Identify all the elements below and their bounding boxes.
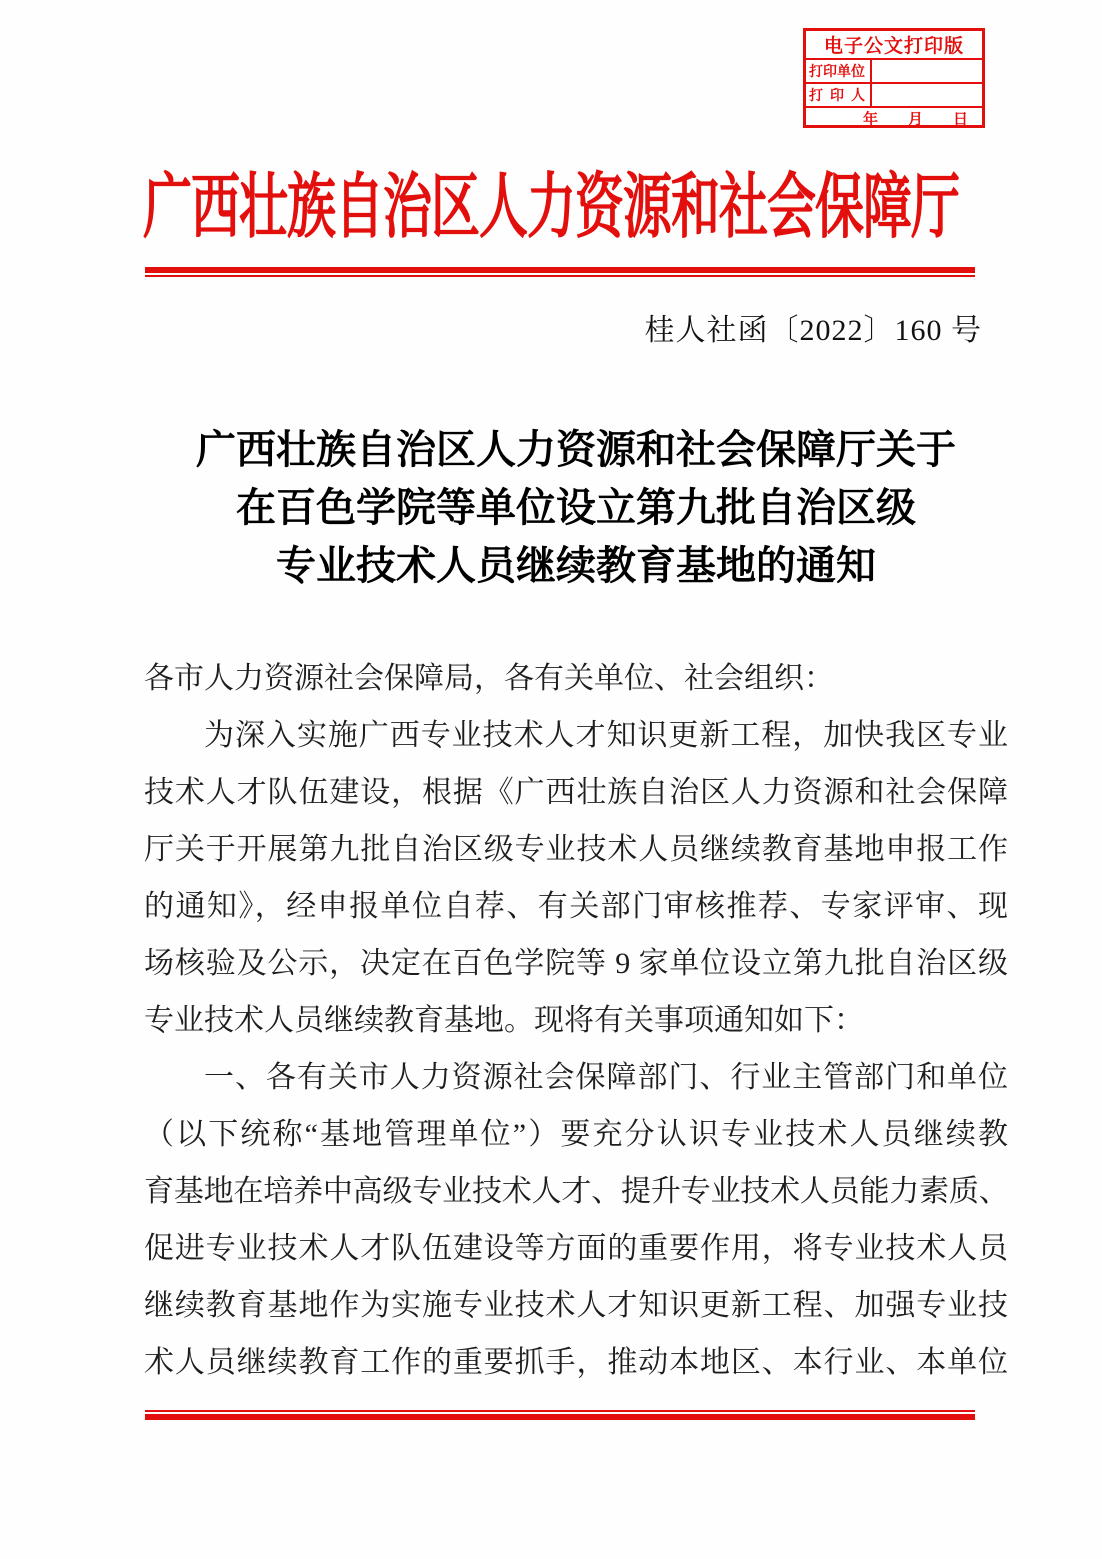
body-line: 一、各有关市人力资源社会保障部门、行业主管部门和单位	[144, 1049, 1008, 1106]
body-line: 促进专业技术人才队伍建设等方面的重要作用，将专业技术人员	[144, 1220, 1008, 1277]
body-line: 的通知》，经申报单位自荐、有关部门审核推荐、专家评审、现	[144, 878, 1008, 935]
document-body: 各市人力资源社会保障局，各有关单位、社会组织： 为深入实施广西专业技术人才知识更…	[144, 650, 1008, 1391]
body-line: （以下统称“基地管理单位”）要充分认识专业技术人员继续教	[144, 1106, 1008, 1163]
print-version-box: 电子公文打印版 打印单位 打印人 年 月 日	[803, 28, 985, 128]
body-line: 专业技术人员继续教育基地。现将有关事项通知如下：	[144, 992, 1008, 1049]
print-person-value	[872, 84, 982, 106]
print-box-title: 电子公文打印版	[806, 31, 982, 60]
footer-divider-line	[145, 1410, 975, 1420]
body-line: 场核验及公示，决定在百色学院等 9 家单位设立第九批自治区级	[144, 935, 1008, 992]
print-date-row: 年 月 日	[806, 108, 982, 129]
divider-thick-stroke	[145, 1414, 975, 1420]
body-line: 为深入实施广西专业技术人才知识更新工程，加快我区专业	[144, 707, 1008, 764]
header-divider-line	[145, 267, 975, 277]
body-line: 继续教育基地作为实施专业技术人才知识更新工程、加强专业技	[144, 1277, 1008, 1334]
print-unit-value	[872, 60, 982, 82]
document-page: 电子公文打印版 打印单位 打印人 年 月 日 广西壮族自治区人力资源和社会保障厅…	[0, 0, 1102, 1559]
body-line: 技术人才队伍建设，根据《广西壮族自治区人力资源和社会保障	[144, 764, 1008, 821]
month-label: 月	[908, 108, 923, 129]
print-person-row: 打印人	[806, 84, 982, 108]
day-label: 日	[953, 108, 968, 129]
print-person-label: 打印人	[806, 84, 872, 106]
document-title-line: 广西壮族自治区人力资源和社会保障厅关于	[144, 421, 1008, 479]
agency-name: 广西壮族自治区人力资源和社会保障厅	[0, 151, 1102, 253]
document-title: 广西壮族自治区人力资源和社会保障厅关于 在百色学院等单位设立第九批自治区级 专业…	[144, 421, 1008, 595]
document-title-line: 在百色学院等单位设立第九批自治区级	[144, 479, 1008, 537]
body-line: 育基地在培养中高级专业技术人才、提升专业技术人员能力素质、	[144, 1163, 1008, 1220]
body-line: 各市人力资源社会保障局，各有关单位、社会组织：	[144, 650, 1008, 707]
document-title-line: 专业技术人员继续教育基地的通知	[144, 537, 1008, 595]
body-line: 厅关于开展第九批自治区级专业技术人员继续教育基地申报工作	[144, 821, 1008, 878]
print-unit-label: 打印单位	[806, 60, 872, 82]
print-unit-row: 打印单位	[806, 60, 982, 84]
document-number: 桂人社函〔2022〕160 号	[645, 312, 983, 350]
body-line: 术人员继续教育工作的重要抓手，推动本地区、本行业、本单位	[144, 1334, 1008, 1391]
year-label: 年	[863, 108, 878, 129]
divider-thin-stroke	[145, 275, 975, 277]
